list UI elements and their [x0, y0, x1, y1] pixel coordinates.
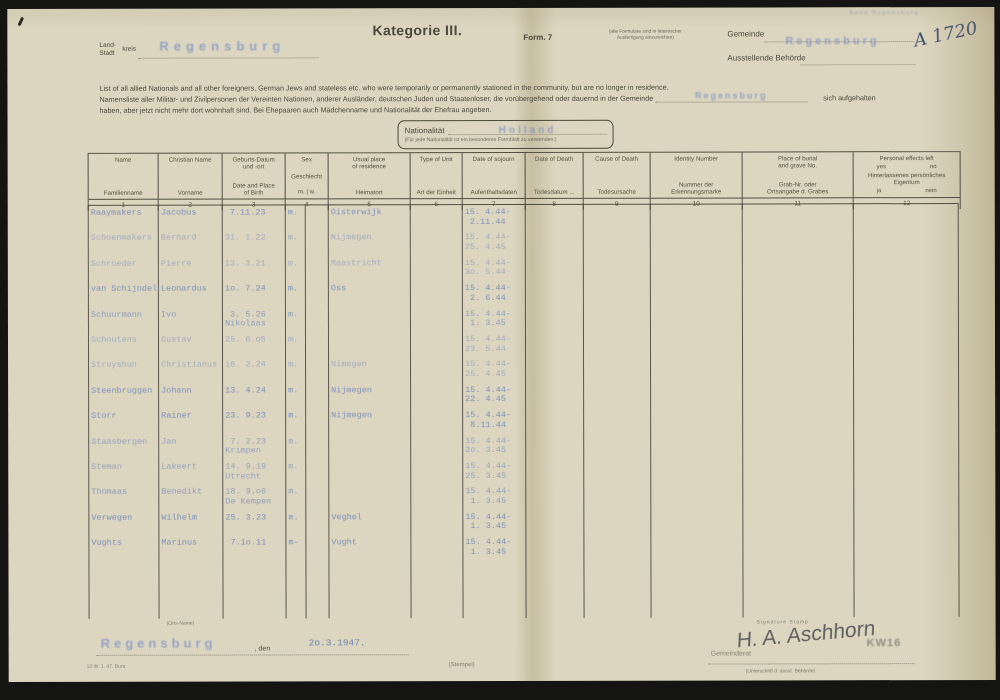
col-label-janein: janein	[855, 188, 959, 195]
intro-de1-text: Namensliste aller Militär- und Zivilpers…	[99, 94, 653, 104]
col-header-death-date: Date of DeathTodesdatum ...	[526, 153, 584, 198]
cell-birth: 7.11.23	[222, 208, 285, 234]
behoerde-blank-line	[800, 64, 915, 65]
cell-sojourn: 15. 4.44-25. 4.45	[462, 233, 525, 259]
col-header-sex: SexGeschlechtm. | w.	[286, 153, 329, 198]
category-title: Kategorie III.	[342, 22, 492, 38]
table-rows: Raaymakers Jacobus 7.11.23 m. Oisterwijk…	[88, 207, 960, 564]
table-row: Steenbruggen Johann 13. 4.24 m. Nijmegen…	[88, 385, 959, 412]
cell-firstname: Leonardus	[158, 285, 222, 311]
cell-residence: Nijmegen	[328, 234, 410, 260]
col-header-firstname: Christian NameVorname	[159, 154, 223, 199]
cell-name: Steman	[88, 463, 158, 489]
cell-birth: 1o. 7.24	[222, 285, 285, 311]
cell-name: van Schijndel	[88, 285, 158, 311]
form-paper: Kategorie III. Form. 7 (alle Formulare s…	[7, 7, 995, 682]
cell-sojourn: 15. 4.44- 1. 3.45	[462, 487, 525, 513]
den-label: , den	[255, 645, 271, 652]
cell-sojourn: 15. 4.44-25. 4.45	[462, 360, 525, 386]
table-row: Raaymakers Jacobus 7.11.23 m. Oisterwijk…	[88, 207, 959, 234]
cell-residence	[328, 487, 410, 513]
cell-sex: m.	[285, 437, 305, 462]
nationality-note: (Für jede Nationalität ist ein besondere…	[405, 137, 607, 143]
cell-residence: Veghel	[328, 513, 410, 539]
col-label: Personal effects left	[855, 155, 959, 162]
cell-line: Krimpen	[225, 447, 285, 457]
col-label: Usual place of residence	[330, 156, 409, 170]
place-date-line	[97, 654, 409, 656]
cell-name: Verwegen	[88, 513, 158, 539]
cell-birth: 23. 9.23	[222, 412, 285, 438]
cell-sojourn: 15. 4.44-3o. 5.44	[462, 259, 525, 285]
kreis-label-land: Land-	[99, 42, 116, 49]
cell-firstname: Marinus	[158, 539, 222, 565]
cell-birth: 18. 9.o6De Kempen	[222, 488, 285, 514]
cell-sojourn: 15. 4.44- 1. 3.45	[462, 538, 525, 564]
cell-line: 3o. 5.44	[465, 268, 525, 278]
cell-line: 1. 3.45	[465, 522, 525, 532]
cell-line: 25. 3.45	[465, 471, 525, 481]
table-row: Staasbergen Jan 7. 2.23Krimpen m. 15. 4.…	[88, 436, 959, 463]
cell-name: Schroeder	[88, 260, 158, 286]
col-header-identity: Identity NumberNummer der Erkennungsmark…	[651, 152, 743, 197]
cell-sojourn: 15. 4.44- 2.11.44	[462, 208, 525, 234]
cell-sojourn: 15. 4.44-25. 3.45	[462, 462, 525, 488]
cell-name: Struyshun	[88, 361, 158, 387]
cell-name: Schoenmakers	[88, 234, 158, 260]
col-label: Name	[90, 157, 157, 164]
table-row: van Schijndel Leonardus 1o. 7.24 m. Oss …	[88, 283, 959, 310]
cell-sojourn: 15. 4.44-22. 4.45	[462, 386, 525, 412]
table-row: Steman Lakeert 14. 9.19Utrecht m. 15. 4.…	[88, 461, 959, 488]
cell-sex: m.	[285, 234, 305, 259]
place-stamp: Regensburg	[101, 636, 217, 651]
ja-label: ja	[877, 188, 882, 195]
kreis-label-suffix: kreis	[122, 46, 136, 53]
cell-sex: m.	[285, 412, 305, 437]
small-authority-stamp: Bann Regensburg	[849, 10, 919, 16]
cell-birth: 7.1o.11	[222, 539, 285, 565]
col-label: Place of burial and grave No.	[744, 155, 852, 169]
col-label: Christian Name	[160, 157, 221, 164]
col-label: Cause of Death	[585, 156, 649, 163]
cell-line: 1. 3.45	[465, 319, 525, 329]
cell-residence: Nimegen	[328, 361, 410, 387]
cell-line: 25. 4.45	[465, 243, 525, 253]
handwritten-doc-number: A 1720	[912, 18, 980, 52]
gemeinde-stamp: Regensburg	[785, 35, 879, 47]
col-header-burial: Place of burial and grave No.Grab-Nr. od…	[743, 152, 854, 197]
cell-birth: 25. 3.23	[222, 513, 285, 539]
cell-firstname: Ivo	[158, 310, 222, 336]
scanned-document-page: Kategorie III. Form. 7 (alle Formulare s…	[0, 0, 1000, 700]
table-header-labels: NameFamilienname Christian NameVorname G…	[89, 152, 960, 199]
stamp-code: KW16	[867, 637, 902, 649]
cell-sex: m.	[285, 310, 305, 335]
cell-firstname: Jan	[158, 437, 222, 463]
cell-firstname: Rainer	[158, 412, 222, 438]
gemeinde-inline-blank: Regensburg	[655, 93, 807, 103]
cell-line: 7.11.23	[225, 208, 285, 218]
cell-name: Steenbruggen	[88, 386, 158, 412]
col-label: Hinterlassenes persönliches Eigentum	[855, 172, 959, 186]
pen-mark	[18, 17, 25, 26]
cell-name: Vughts	[88, 539, 158, 565]
cell-residence: Oisterwijk	[328, 208, 410, 234]
cell-sojourn: 15. 4.44- 1. 3.45	[462, 310, 525, 336]
intro-line-de1: Namensliste aller Militär- und Zivilpers…	[99, 92, 921, 105]
cell-firstname: Wilhelm	[158, 513, 222, 539]
cell-firstname: Benedikt	[158, 488, 222, 514]
cell-line: 25. 3.23	[225, 513, 285, 523]
col-label: Familienname	[90, 190, 157, 197]
cell-birth: 13. 3.21	[222, 259, 285, 285]
cell-residence	[328, 310, 410, 336]
table-row: Storr Rainer 23. 9.23 m. Nijmegen 15. 4.…	[88, 410, 959, 437]
gemeinde-label: Gemeinde	[727, 29, 764, 38]
cell-sojourn: 15. 4.44- 2. 6.44	[462, 284, 525, 310]
cell-firstname: Gustav	[158, 336, 222, 362]
typed-date: 2o.3.1947.	[309, 637, 366, 648]
cell-residence	[328, 335, 410, 361]
cell-sex: m.	[285, 462, 305, 487]
col-label: Sex	[287, 156, 327, 163]
cell-line: 23. 9.23	[225, 412, 285, 422]
cell-firstname: Lakeert	[158, 462, 222, 488]
cell-line: 13. 4.24	[225, 386, 285, 396]
col-label: Todesursache	[585, 189, 649, 196]
stempel-note: (Stempel)	[449, 662, 475, 668]
cell-firstname: Pierre	[158, 259, 222, 285]
kreis-blank-line	[138, 57, 318, 58]
cell-residence: Nijmegen	[328, 411, 410, 437]
col-label: Vorname	[160, 190, 221, 197]
table-row: Schuurmann Ivo 3. 5.26Nikolaas m. 15. 4.…	[88, 309, 959, 336]
table-row: Schoutens Gustav 25. 6.o5 m. 15. 4.44-23…	[88, 334, 959, 361]
col-header-effects: Personal effects left yesno Hinterlassen…	[854, 152, 960, 197]
yes-label: yes	[877, 164, 886, 171]
col-label: Date of Death	[527, 156, 582, 163]
cell-firstname: Bernard	[158, 234, 222, 260]
cell-firstname: Johann	[158, 386, 222, 412]
cell-sex: m.	[285, 513, 305, 538]
kreis-label-stadt: Stadt	[99, 50, 114, 57]
gemeinde-inline-stamp: Regensburg	[695, 91, 768, 101]
cell-birth: 3. 5.26Nikolaas	[222, 310, 285, 336]
cell-firstname: Jacobus	[158, 209, 222, 235]
col-header-birth: Geburts-Datum und -ortDate and Place of …	[223, 153, 286, 198]
place-field-note: (Orts-Name)	[167, 621, 195, 627]
cell-line: 2o. 3.45	[465, 446, 525, 456]
col-label: Nummer der Erkennungsmarke	[652, 181, 741, 195]
col-label-sex-sub: m. | w.	[287, 189, 327, 196]
intro-de1-end: sich aufgehalten	[823, 93, 875, 102]
cell-sex: m.	[285, 386, 305, 411]
cell-sex: m.	[285, 208, 305, 233]
cell-name: Raaymakers	[88, 209, 158, 235]
col-label: Heimatort	[330, 189, 409, 196]
cell-line: 22. 4.45	[465, 395, 525, 405]
col-label: Type of Unit	[412, 156, 461, 163]
cell-sojourn: 15. 4.44- 8.11.44	[462, 411, 525, 437]
signature-line	[709, 663, 915, 664]
cell-sex: m.	[285, 285, 305, 310]
cell-firstname: Christianus	[158, 361, 222, 387]
nationality-label: Nationalität	[405, 126, 445, 135]
cell-line: 2.11.44	[465, 218, 525, 228]
cell-line: 31. 1.22	[225, 234, 285, 244]
cell-sex: m.	[285, 361, 305, 386]
cell-sojourn: 15. 4.44-23. 5.44	[462, 335, 525, 361]
cell-birth: 7. 2.23Krimpen	[222, 437, 285, 463]
cell-birth: 13. 4.24	[222, 386, 285, 412]
table-row: Schroeder Pierre 13. 3.21 m. Maastricht …	[88, 258, 959, 285]
cell-line: 16. 2.24	[225, 361, 285, 371]
cell-name: Staasbergen	[88, 437, 158, 463]
form-number: Form. 7	[523, 33, 552, 42]
col-label: Identity Number	[652, 155, 741, 162]
cell-line: 8.11.44	[465, 421, 525, 431]
cell-line: 1. 3.45	[465, 548, 525, 558]
table-header: NameFamilienname Christian NameVorname G…	[88, 151, 961, 211]
cell-residence	[328, 437, 410, 463]
cell-sex: m.	[285, 488, 305, 513]
cell-birth: 14. 9.19Utrecht	[222, 462, 285, 488]
col-header-sojourn: Date of sojournAufenthaltsdaten	[463, 153, 526, 198]
col-label: Geburts-Datum und -ort	[224, 156, 284, 170]
col-label: Date and Place of Birth	[224, 182, 284, 196]
cell-birth: 31. 1.22	[222, 234, 285, 260]
kreis-stamp: Regensburg	[159, 38, 285, 53]
cell-line: 13. 3.21	[225, 259, 285, 269]
nationality-stamp: Holland	[499, 125, 557, 136]
nationality-row: Nationalität Holland	[405, 124, 607, 135]
cell-sojourn: 15. 4.44-2o. 3.45	[462, 436, 525, 462]
cell-sex: m-	[285, 538, 305, 563]
cell-line: 2. 6.44	[465, 294, 525, 304]
nationality-box: Nationalität Holland (Für jede Nationali…	[398, 120, 614, 149]
col-label: Art der Einheit	[412, 189, 461, 196]
table-row: Struyshun Christianus 16. 2.24 m. Nimege…	[88, 359, 959, 386]
nationality-blank: Holland	[449, 124, 607, 135]
behoerde-label: Ausstellende Behörde	[727, 53, 805, 62]
cell-line: 1o. 7.24	[225, 285, 285, 295]
no-label: no	[930, 164, 937, 171]
col-label: Todesdatum ...	[527, 189, 582, 196]
printer-imprint: 12 W. 1. 47. Bura	[87, 664, 126, 670]
table-row: Thomaas Benedikt 18. 9.o6De Kempen m. 15…	[88, 486, 959, 513]
col-header-name: NameFamilienname	[89, 154, 159, 199]
intro-paragraph: List of all allied Nationals and all oth…	[99, 81, 921, 116]
table-body: Raaymakers Jacobus 7.11.23 m. Oisterwijk…	[88, 203, 960, 619]
cell-name: Schuurmann	[88, 310, 158, 336]
cell-residence: Nijmegen	[328, 386, 410, 412]
nein-label: nein	[925, 188, 936, 195]
col-label: Aufenthaltsdaten	[464, 189, 524, 196]
cell-birth: 25. 6.o5	[222, 335, 285, 361]
form-note: (alle Formulare sind in lateinischer Aus…	[575, 30, 715, 41]
cell-sojourn: 15. 4.44- 1. 3.45	[462, 513, 525, 539]
table-row: Verwegen Wilhelm 25. 3.23 m. Veghel 15. …	[88, 512, 959, 539]
cell-residence	[328, 462, 410, 488]
cell-line: 25. 6.o5	[225, 335, 285, 345]
signature-caption: (Unterschrift d. ausst. Behörde)	[746, 668, 815, 674]
cell-birth: 16. 2.24	[222, 361, 285, 387]
cell-line: 7.1o.11	[225, 539, 285, 549]
col-label-yesno: yesno	[855, 164, 959, 171]
cell-name: Schoutens	[88, 336, 158, 362]
cell-name: Storr	[88, 412, 158, 438]
cell-sex: m.	[285, 259, 305, 284]
cell-residence: Maastricht	[328, 259, 410, 285]
cell-line: 23. 5.44	[465, 344, 525, 354]
cell-sex: m.	[285, 335, 305, 360]
col-header-residence: Usual place of residenceHeimatort	[329, 153, 411, 198]
table-row: Schoenmakers Bernard 31. 1.22 m. Nijmege…	[88, 232, 959, 259]
col-label: Geschlecht	[287, 173, 327, 180]
col-label: Date of sojourn	[464, 156, 524, 163]
cell-line: Utrecht	[225, 472, 285, 482]
cell-line: 1. 3.45	[465, 497, 525, 507]
intro-line-de2: haben, aber jetzt nicht mehr dort wohnha…	[99, 104, 921, 117]
col-label: Grab-Nr. oder Ortsangabe d. Grabes	[744, 181, 852, 195]
cell-name: Thomaas	[88, 488, 158, 514]
cell-line: De Kempen	[225, 497, 285, 507]
cell-residence: Vught	[328, 538, 410, 564]
col-header-unit: Type of UnitArt der Einheit	[411, 153, 463, 198]
cell-line: Nikolaas	[225, 320, 285, 330]
col-header-death-cause: Cause of DeathTodesursache	[584, 153, 651, 198]
table-row: Vughts Marinus 7.1o.11 m- Vught 15. 4.44…	[88, 537, 959, 564]
cell-residence: Oss	[328, 284, 410, 310]
cell-line: 25. 4.45	[465, 370, 525, 380]
